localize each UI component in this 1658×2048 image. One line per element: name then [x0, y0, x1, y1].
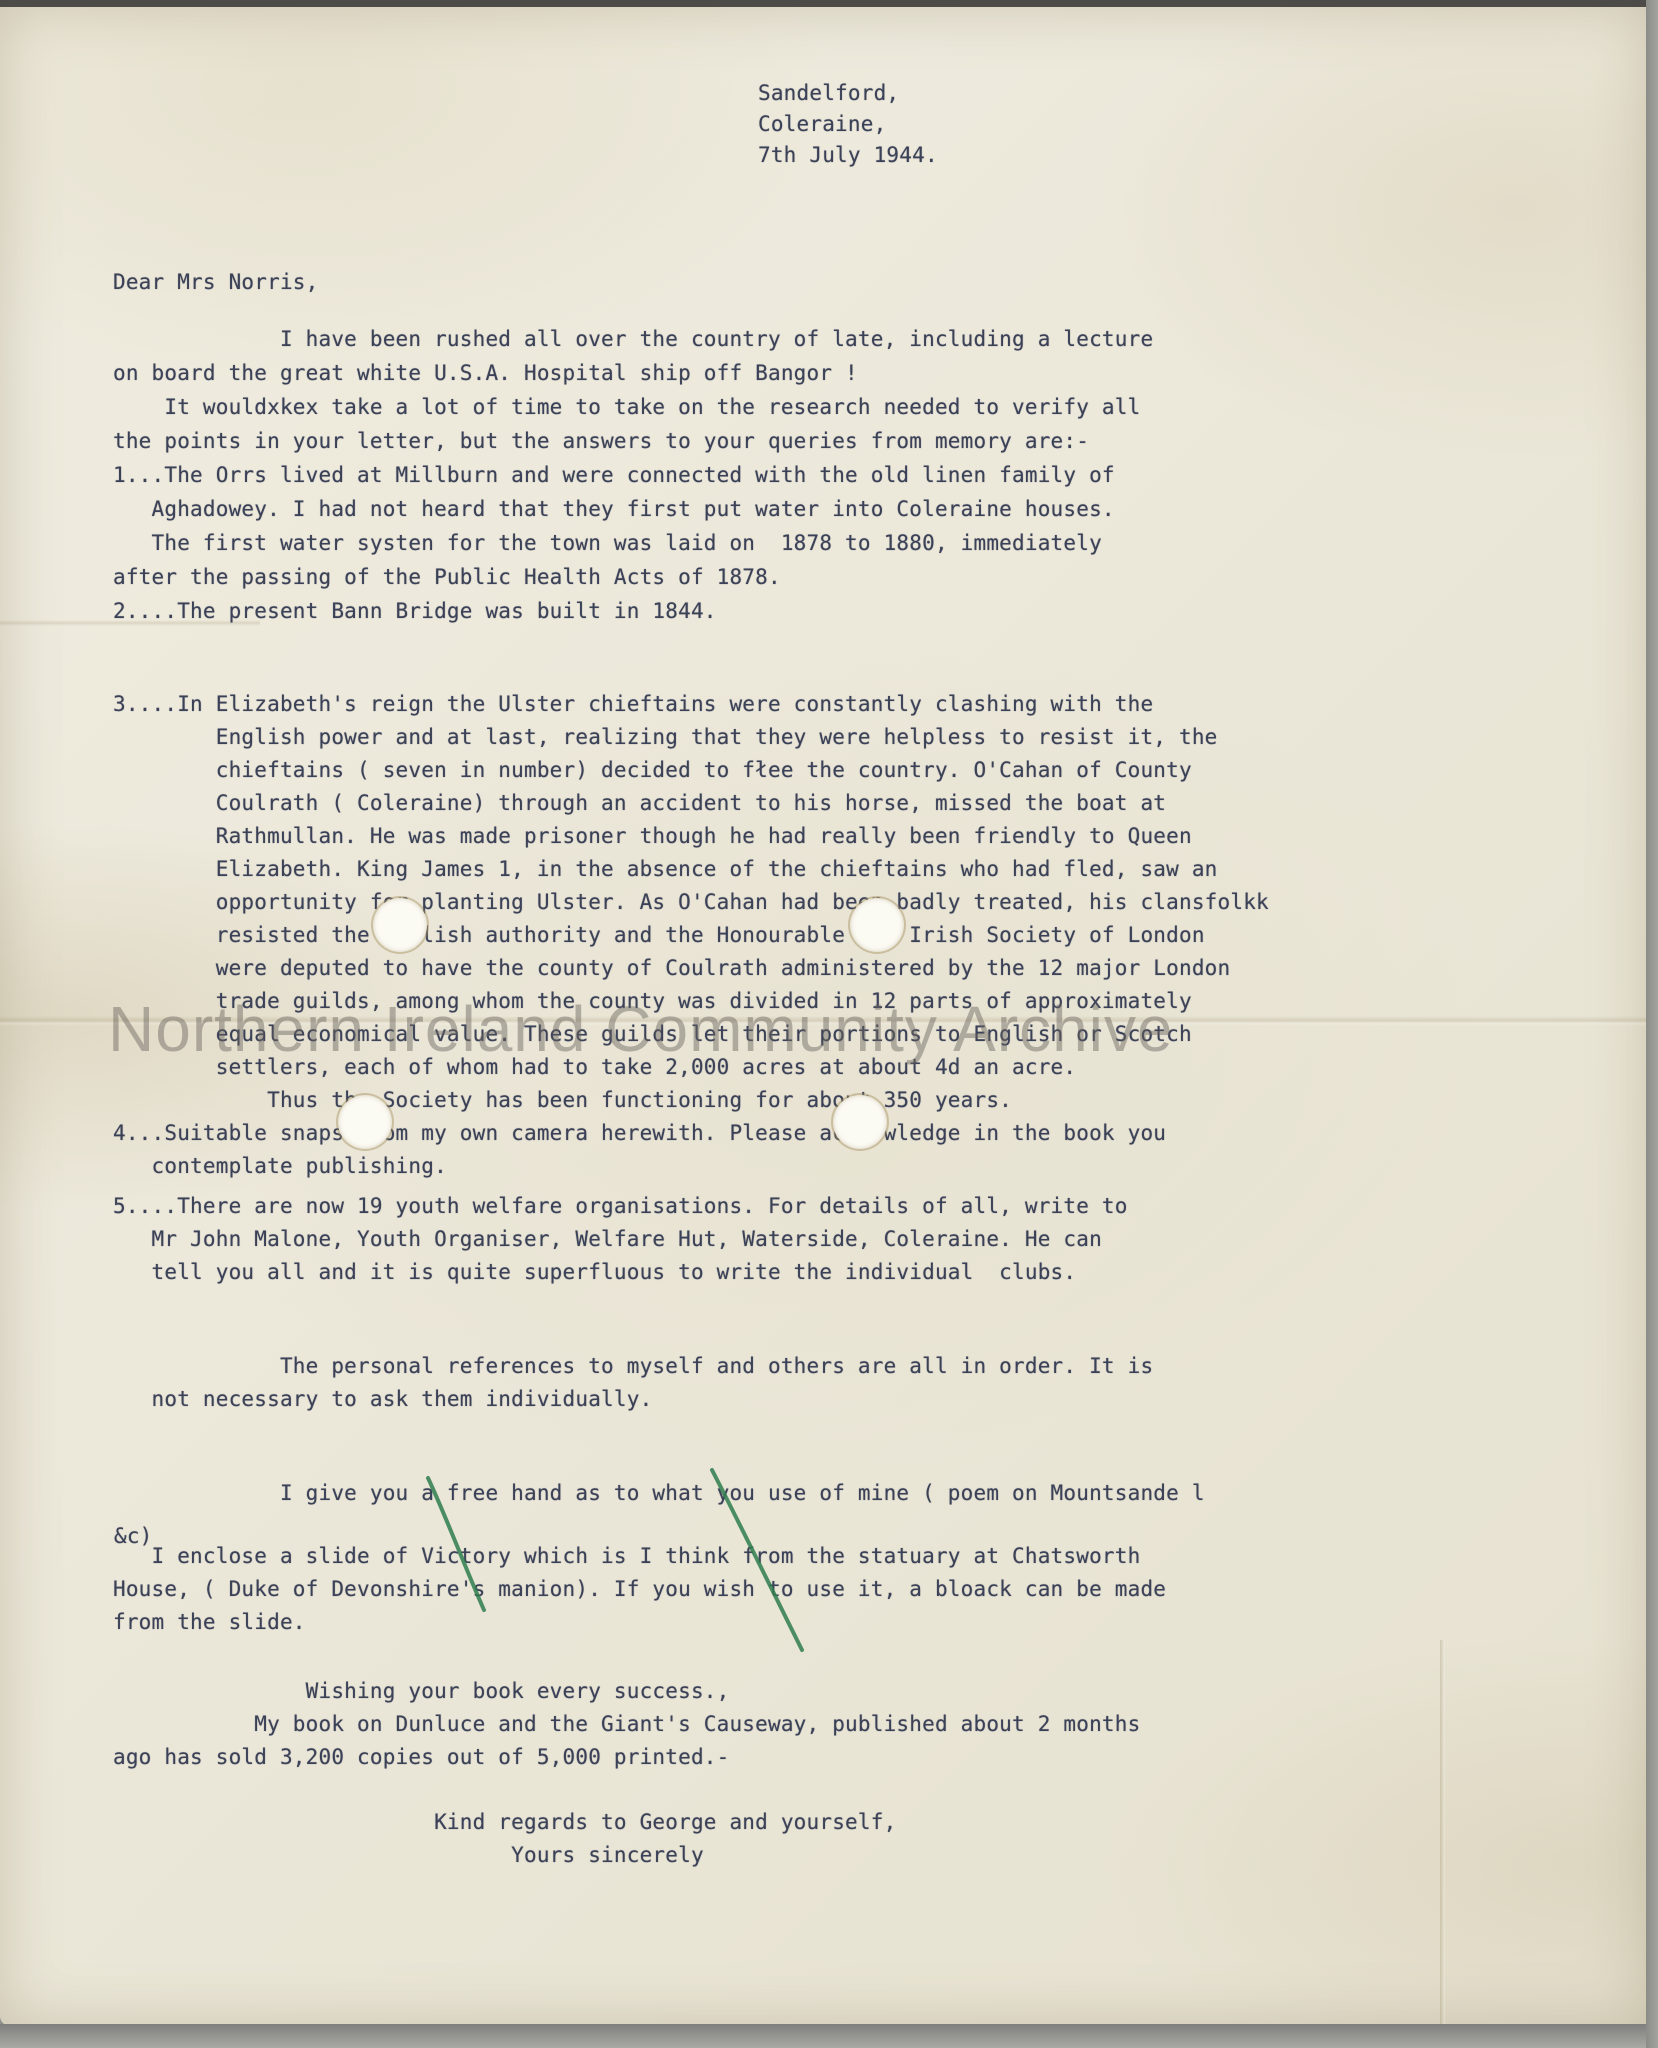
punch-hole — [850, 898, 904, 952]
archive-watermark: Northern Ireland Community Archive — [108, 992, 1174, 1066]
closing-signoff: Kind regards to George and yourself, You… — [113, 1806, 896, 1872]
scan-edge-top — [0, 0, 1658, 7]
punch-hole — [833, 1095, 887, 1149]
punch-hole — [338, 1095, 392, 1149]
scan-edge-bottom — [0, 2024, 1658, 2048]
salutation: Dear Mrs Norris, — [113, 266, 319, 299]
vertical-fold-crease — [1440, 1640, 1445, 2026]
paragraph-intro-points-1-2: I have been rushed all over the country … — [113, 322, 1153, 628]
sender-address: Sandelford, Coleraine, 7th July 1944. — [758, 78, 938, 171]
paragraph-book-sales: Wishing your book every success., My boo… — [113, 1675, 1140, 1774]
green-pen-marks — [390, 1452, 850, 1667]
scanned-letter: Sandelford, Coleraine, 7th July 1944. De… — [0, 0, 1658, 2048]
punch-hole — [373, 898, 427, 952]
green-pen-mark — [712, 1470, 802, 1650]
paragraph-point-4: 4...Suitable snaps from my own camera he… — [113, 1117, 1166, 1183]
paragraph-point-5: 5....There are now 19 youth welfare orga… — [113, 1190, 1128, 1289]
green-pen-mark — [428, 1478, 484, 1610]
scan-edge-right — [1646, 0, 1658, 2048]
paragraph-personal-references: The personal references to myself and ot… — [113, 1350, 1153, 1416]
